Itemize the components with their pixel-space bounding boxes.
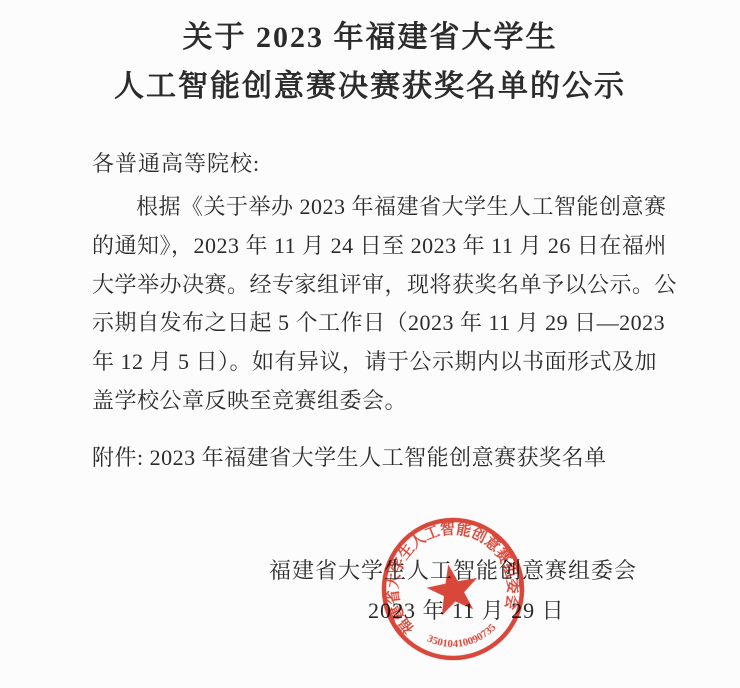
- attachment-line: 附件: 2023 年福建省大学生人工智能创意赛获奖名单: [92, 441, 607, 472]
- document-title: 关于 2023 年福建省大学生 人工智能创意赛决赛获奖名单的公示: [0, 13, 740, 111]
- document-page: 关于 2023 年福建省大学生 人工智能创意赛决赛获奖名单的公示 各普通高等院校…: [0, 0, 740, 688]
- official-seal: 福建省大学生人工智能创意赛组委会 35010410090735: [365, 501, 541, 677]
- signature-org: 福建省大学生人工智能创意赛组委会: [0, 554, 637, 585]
- body-line: 根据《关于举办 2023 年福建省大学生人工智能创意赛: [92, 188, 648, 227]
- title-line-2: 人工智能创意赛决赛获奖名单的公示: [0, 62, 740, 111]
- body-line: 示期自发布之日起 5 个工作日（2023 年 11 月 29 日—2023: [92, 304, 648, 343]
- seal-code: 35010410090735: [424, 620, 501, 656]
- body-line: 盖学校公章反映至竞赛组委会。: [92, 382, 648, 421]
- body-line: 年 12 月 5 日）。如有异议，请于公示期内以书面形式及加: [92, 343, 648, 382]
- body-line: 的通知》，2023 年 11 月 24 日至 2023 年 11 月 26 日在…: [92, 227, 648, 266]
- title-line-1: 关于 2023 年福建省大学生: [0, 13, 740, 62]
- salutation: 各普通高等院校:: [92, 147, 260, 178]
- star-icon: [423, 560, 483, 618]
- seal-code-wrap: 35010410090735: [424, 620, 501, 656]
- body-paragraph: 根据《关于举办 2023 年福建省大学生人工智能创意赛 的通知》，2023 年 …: [92, 188, 648, 421]
- body-line: 大学举办决赛。经专家组评审，现将获奖名单予以公示。公: [92, 266, 648, 305]
